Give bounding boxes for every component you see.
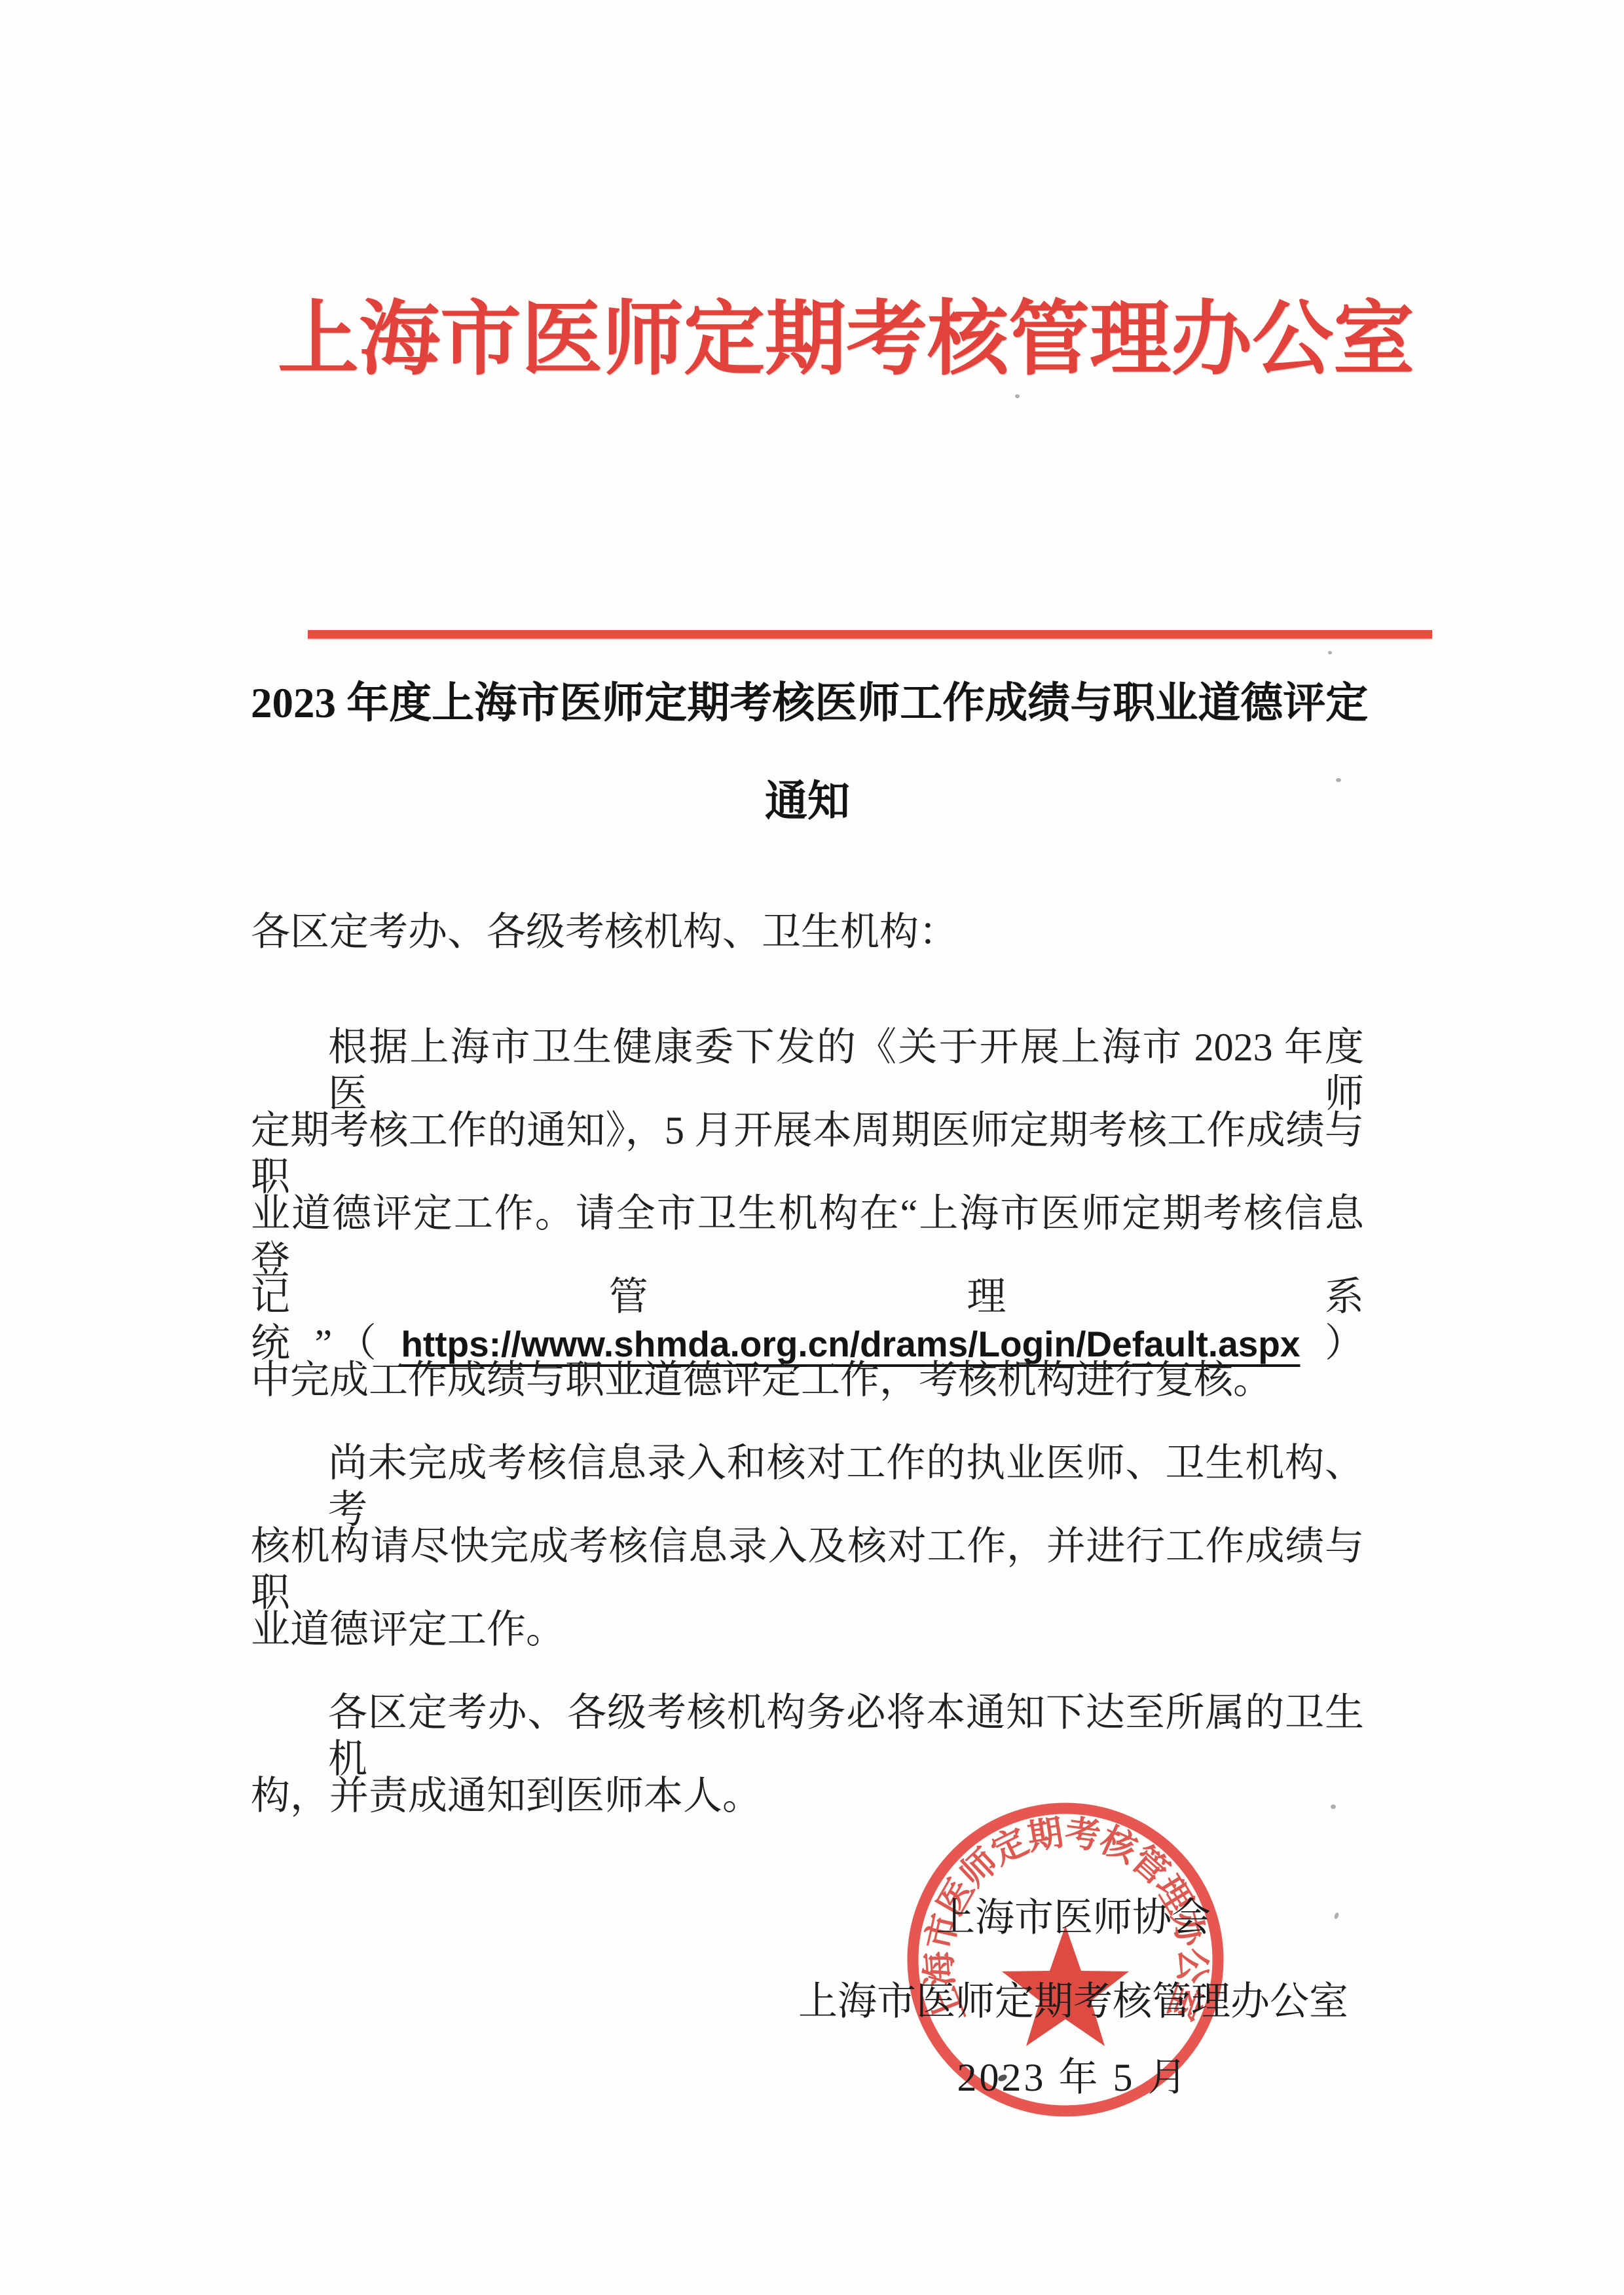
- letterhead-divider-rule: [308, 630, 1432, 639]
- signature-org-association: 上海市医师协会: [936, 1886, 1211, 1943]
- paragraph-2-line-3: 业道德评定工作。: [251, 1607, 1364, 1653]
- paragraph-1-line-1: 根据上海市卫生健康委下发的《关于开展上海市 2023 年度医师: [251, 1024, 1364, 1117]
- letterhead-title: 上海市医师定期考核管理办公室: [278, 274, 1414, 390]
- scan-speck: [1336, 778, 1341, 782]
- scan-speck: [1331, 1804, 1336, 1809]
- document-title-line-2: 通知: [251, 766, 1364, 828]
- salutation: 各区定考办、各级考核机构、卫生机构：: [251, 909, 1364, 956]
- paragraph-2-line-1: 尚未完成考核信息录入和核对工作的执业医师、卫生机构、考: [251, 1440, 1364, 1533]
- scan-speck: [1328, 651, 1332, 654]
- paragraph-1-line-2: 定期考核工作的通知》，5 月开展本周期医师定期考核工作成绩与职: [251, 1108, 1364, 1201]
- scan-speck: [1333, 1912, 1339, 1919]
- paragraph-1-line-3: 业道德评定工作。请全市卫生机构在“上海市医师定期考核信息登: [251, 1191, 1364, 1284]
- paragraph-1-line-5: 中完成工作成绩与职业道德评定工作，考核机构进行复核。: [251, 1357, 1364, 1404]
- paragraph-2-line-2: 核机构请尽快完成考核信息录入及核对工作，并进行工作成绩与职: [251, 1523, 1364, 1616]
- signature-date: 2023 年 5 月: [957, 2046, 1190, 2102]
- paragraph-3-line-2: 构，并责成通知到医师本人。: [251, 1773, 1364, 1819]
- document-title-line-1: 2023 年度上海市医师定期考核医师工作成绩与职业道德评定: [251, 668, 1364, 730]
- signature-org-office: 上海市医师定期考核管理办公室: [798, 1970, 1348, 2026]
- scan-speck: [1015, 394, 1020, 398]
- paragraph-1-line-4: 记管理系统”（https://www.shmda.org.cn/drams/Lo…: [251, 1274, 1364, 1367]
- paragraph-3-line-1: 各区定考办、各级考核机构务必将本通知下达至所属的卫生机: [251, 1690, 1364, 1783]
- scanned-notice-page: 上海市医师定期考核管理办公室 2023 年度上海市医师定期考核医师工作成绩与职业…: [0, 0, 1624, 2295]
